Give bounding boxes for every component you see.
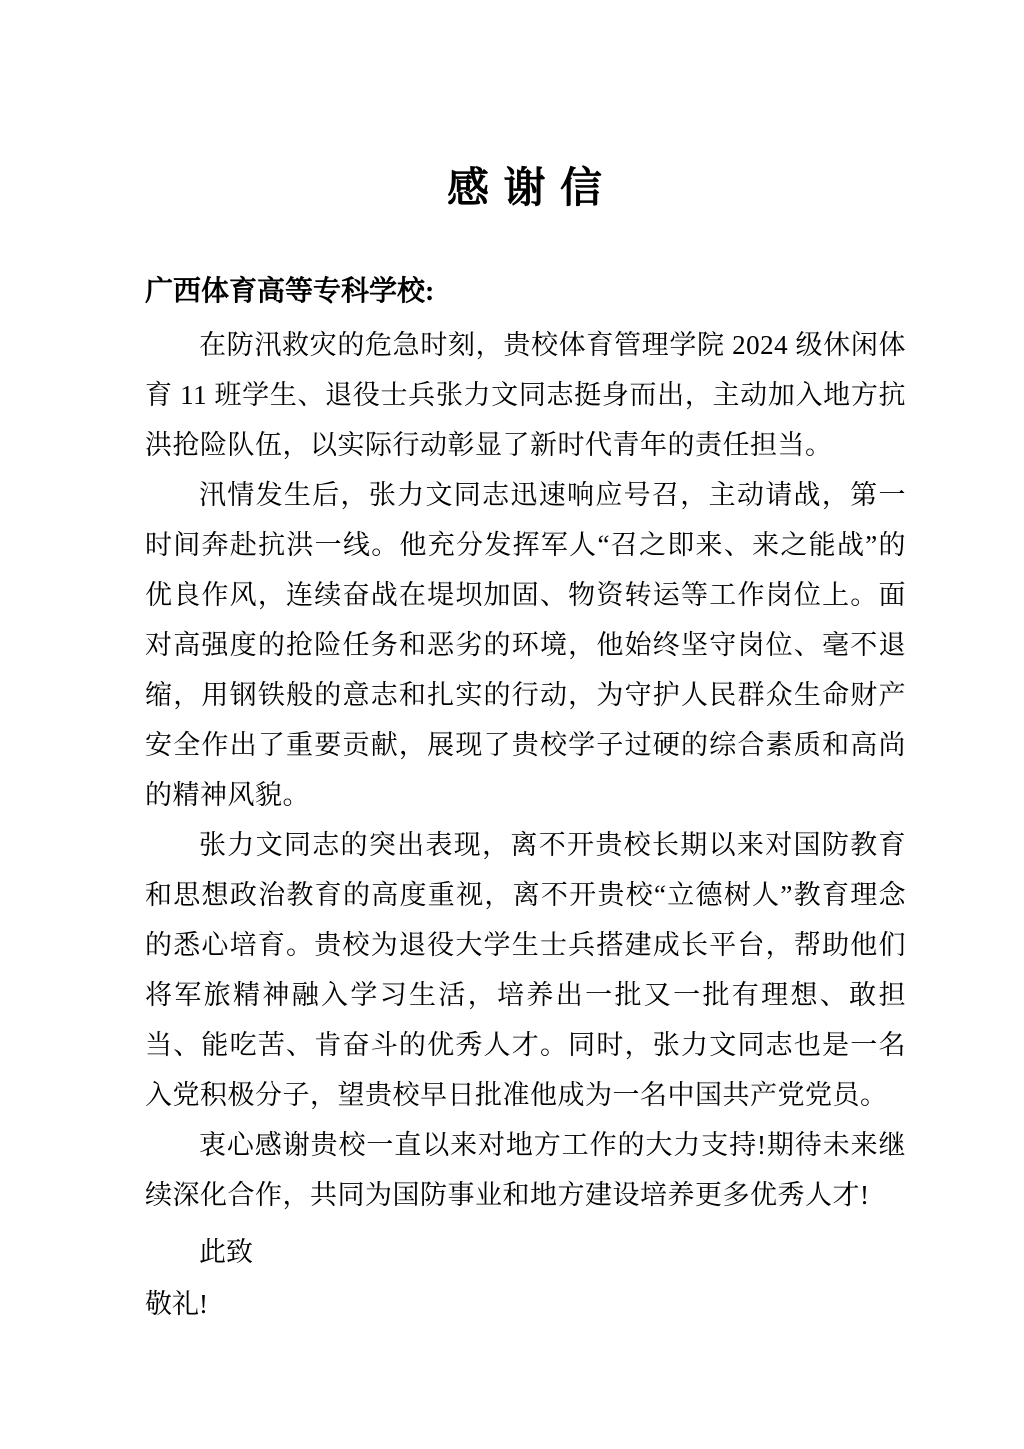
letter-salute: 敬礼! <box>145 1278 906 1330</box>
letter-page: 感 谢 信 广西体育高等专科学校: 在防汛救灾的危急时刻，贵校体育管理学院 20… <box>0 0 1024 1449</box>
letter-paragraph-2: 汛情发生后，张力文同志迅速响应号召，主动请战，第一时间奔赴抗洪一线。他充分发挥军… <box>145 470 906 820</box>
letter-title: 感 谢 信 <box>145 164 906 214</box>
letter-salutation: 广西体育高等专科学校: <box>145 264 906 320</box>
letter-paragraph-4: 衷心感谢贵校一直以来对地方工作的大力支持!期待未来继续深化合作，共同为国防事业和… <box>145 1120 906 1220</box>
letter-paragraph-3: 张力文同志的突出表现，离不开贵校长期以来对国防教育和思想政治教育的高度重视，离不… <box>145 820 906 1120</box>
letter-paragraph-1: 在防汛救灾的危急时刻，贵校体育管理学院 2024 级休闲体育 11 班学生、退役… <box>145 320 906 470</box>
letter-closing-phrase: 此致 <box>145 1226 906 1278</box>
